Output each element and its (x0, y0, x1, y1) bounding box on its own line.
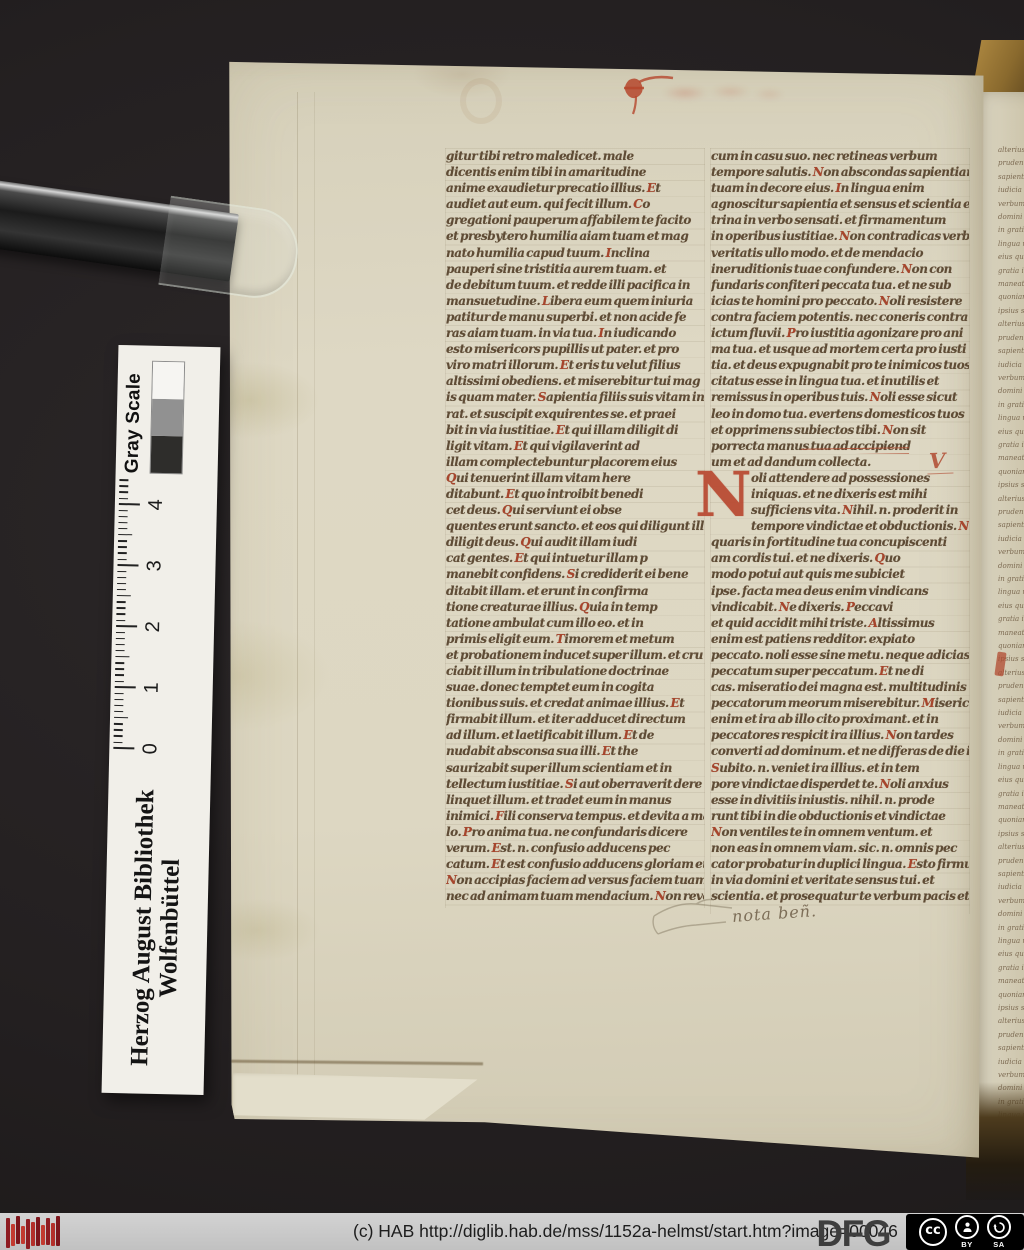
manuscript-text-line: ad illum. et laetificabit illum. Et de (446, 727, 704, 743)
manuscript-text-line: scientia. et prosequatur te verbum pacis… (711, 888, 969, 904)
manuscript-text-line: quentes erunt sancto. et eos qui diligun… (446, 518, 704, 534)
manuscript-text-line: Non ventiles te in omnem ventum. et (711, 824, 969, 840)
manuscript-text-line: ictum fluvii. Pro iustitia agonizare pro… (711, 325, 969, 341)
manuscript-text-line: tuam in decore eius. In lingua enim (711, 180, 969, 196)
manuscript-text-line: tione creaturae illius. Quia in temp (446, 599, 704, 615)
manuscript-text-line: firmabit illum. et iter adducet directum (446, 711, 704, 727)
manuscript-text-line: ditabunt. Et quo introibit benedi (446, 486, 704, 502)
manuscript-text-line: leo in domo tua. evertens domesticos tuo… (711, 406, 969, 422)
next-page-text: alterius iudiciaprudentiam verbumsapient… (998, 144, 1024, 1122)
manuscript-text-line: in via domini et veritate sensus tui. et (711, 872, 969, 888)
cc-sa-icon (987, 1215, 1011, 1239)
manuscript-text-line: manebit confidens. Si crediderit ei bene (446, 566, 704, 582)
manuscript-text-line: fundaris confiteri peccata tua. et ne su… (711, 277, 969, 293)
manuscript-text-line: primis eligit eum. Timorem et metum (446, 631, 704, 647)
manuscript-text-line: rat. et suscipit exquirentes se. et prae… (446, 406, 704, 422)
manuscript-text-line: ineruditionis tuae confundere. Non con (711, 261, 969, 277)
institution-name: Herzog August Bibliothek Wolfenbüttel (102, 761, 212, 1095)
grayscale-card-content: Herzog August Bibliothek Wolfenbüttel 01… (102, 345, 221, 1095)
manuscript-text-line: ipse. facta mea deus enim vindicans (711, 583, 969, 599)
manuscript-text-line: citatus esse in lingua tua. et inutilis … (711, 373, 969, 389)
manuscript-text-line: et opprimens subiectos tibi. Non sit (711, 422, 969, 438)
manuscript-text-line: ma tua. et usque ad mortem certa pro ius… (711, 341, 969, 357)
manuscript-text-line: Subito. n. veniet ira illius. et in tem (711, 760, 969, 776)
manuscript-text-line: bit in via iustitiae. Et qui illam dilig… (446, 422, 704, 438)
manuscript-text-line: non eas in omnem viam. sic. n. omnis pec (711, 840, 969, 856)
manuscript-text-line: illam complectebuntur placorem eius (446, 454, 704, 470)
manuscript-text-line: is quam mater. Sapientia filiis suis vit… (446, 389, 704, 405)
text-column-right: cum in casu suo. nec retineas verbumtemp… (710, 148, 970, 914)
text-column-left: gitur tibi retro maledicet. maledicentis… (445, 148, 705, 908)
ruler-number: 1 (141, 682, 164, 694)
ruler-number: 2 (142, 621, 165, 633)
cc-sa-item: SA (987, 1215, 1011, 1249)
manuscript-text-line: cator probatur in duplici lingua. Esto f… (711, 856, 969, 872)
color-calibration-strip (6, 1216, 60, 1249)
manuscript-text-line: cet deus. Qui serviunt ei obse (446, 502, 704, 518)
manuscript-text-line: veritatis ullo modo. et de mendacio (711, 245, 969, 261)
manuscript-text-line: ligit vitam. Et qui vigilaverint ad (446, 438, 704, 454)
manuscript-text-line: saurizabit super illum scientiam et in (446, 760, 704, 776)
grayscale-card: Herzog August Bibliothek Wolfenbüttel 01… (102, 345, 221, 1095)
manuscript-text-line: pore vindictae disperdet te. Noli anxius (711, 776, 969, 792)
manicule-icon (650, 888, 738, 951)
grayscale-patch-group: Gray Scale (116, 345, 221, 475)
manuscript-text-line: tatione ambulat cum illo eo. et in (446, 615, 704, 631)
cc-by-item: BY (955, 1215, 979, 1249)
ruler-number: 4 (145, 499, 168, 511)
manuscript-text-line: gitur tibi retro maledicet. male (446, 148, 704, 164)
manuscript-text-line: tia. et deus expugnabit pro te inimicos … (711, 357, 969, 373)
ruler-number: 3 (143, 560, 166, 572)
cc-sa-label: SA (993, 1240, 1004, 1249)
rubric-flourish: V (927, 448, 954, 475)
manuscript-text-line: cum in casu suo. nec retineas verbum (711, 148, 969, 164)
manuscript-text-line: de debitum tuum. et redde illi pacifica … (446, 277, 704, 293)
footer-bar: (c) HAB http://diglib.hab.de/mss/1152a-h… (0, 1213, 1024, 1250)
manuscript-text-line: enim est patiens redditor. expiato (711, 631, 969, 647)
manuscript-text-line: peccatum super peccatum. Et ne di (711, 663, 969, 679)
manuscript-text-line: converti ad dominum. et ne differas de d… (711, 743, 969, 759)
manuscript-text-line: vindicabit. Ne dixeris. Peccavi (711, 599, 969, 615)
manuscript-text-line: mansuetudine. Libera eum quem iniuria (446, 293, 704, 309)
manuscript-text-line: et quid accidit mihi triste. Altissimus (711, 615, 969, 631)
manuscript-text-line: quaris in fortitudine tua concupiscenti (711, 534, 969, 550)
manuscript-text-line: gregationi pauperum affabilem te facito (446, 212, 704, 228)
manuscript-text-line: peccato. noli esse sine metu. neque adic… (711, 647, 969, 663)
manuscript-text-line: verum. Est. n. confusio adducens pec (446, 840, 704, 856)
rubric-initial: N (695, 462, 752, 528)
manuscript-text-line: esto misericors pupillis ut pater. et pr… (446, 341, 704, 357)
manuscript-text-line: peccatorum meorum miserebitur. Misericor… (711, 695, 969, 711)
cc-by-icon (955, 1215, 979, 1239)
cc-by-label: BY (961, 1240, 972, 1249)
corner-crease (231, 1060, 483, 1066)
manuscript-text-line: viro matri illorum. Et eris tu velut fil… (446, 357, 704, 373)
manuscript-text-line: am cordis tui. et ne dixeris. Quo (711, 550, 969, 566)
grayscale-label: Gray Scale (122, 345, 147, 473)
manuscript-text-line: ditabit illam. et erunt in confirma (446, 583, 704, 599)
manuscript-text-line: modo potui aut quis me subiciet (711, 566, 969, 582)
manuscript-text-line: contra faciem potentis. nec coneris cont… (711, 309, 969, 325)
manuscript-text-line: ras aiam tuam. in via tua. In iudicando (446, 325, 704, 341)
manuscript-text-line: diligit deus. Qui audit illam iudi (446, 534, 704, 550)
ruler-number: 0 (139, 743, 162, 755)
manuscript-text-line: lo. Pro anima tua. ne confundaris dicere (446, 824, 704, 840)
manuscript-text-line: catum. Et est confusio adducens gloriam … (446, 856, 704, 872)
manuscript-text-line: tempore salutis. Non abscondas sapientia… (711, 164, 969, 180)
manuscript-page: gitur tibi retro maledicet. maledicentis… (227, 58, 985, 1162)
manuscript-text-line: tionibus suis. et credat animae illius. … (446, 695, 704, 711)
clip-acrylic-tip (158, 196, 303, 304)
manuscript-text-line: agnoscitur sapientia et sensus et scient… (711, 196, 969, 212)
manuscript-text-line: suae. donec temptet eum in cogita (446, 679, 704, 695)
manuscript-text-line: nudabit absconsa sua illi. Et the (446, 743, 704, 759)
manuscript-text-line: trina in verbo sensati. et firmamentum (711, 212, 969, 228)
cc-icon: cc (919, 1218, 947, 1246)
ink-stain (460, 78, 502, 124)
manuscript-text-line: cas. miseratio dei magna est. multitudin… (711, 679, 969, 695)
manuscript-text-line: nato humilia capud tuum. Inclina (446, 245, 704, 261)
photo-stage: alterius iudiciaprudentiam verbumsapient… (0, 0, 1024, 1250)
manuscript-text-line: Qui tenuerint illam vitam here (446, 470, 704, 486)
manuscript-text-line: peccatores respicit ira illius. Non tard… (711, 727, 969, 743)
dfg-logo: DFG (816, 1213, 890, 1250)
manuscript-text-line: et presbytero humilia aiam tuam et mag (446, 228, 704, 244)
cc-license-badge: cc BY SA (906, 1214, 1024, 1250)
ruler: 01234 (109, 473, 218, 763)
folded-corner (233, 1066, 485, 1122)
manuscript-text-line: esse in divitiis iniustis. nihil. n. pro… (711, 792, 969, 808)
manuscript-text-line: Non accipias faciem ad versus faciem tua… (446, 872, 704, 888)
manuscript-text-line: et probationem inducet super illum. et c… (446, 647, 704, 663)
manuscript-text-line: in operibus iustitiae. Non contradicas v… (711, 228, 969, 244)
ruler-ticks: 01234 (109, 473, 116, 761)
manuscript-text-line: patitur de manu superbi. et non acide fe (446, 309, 704, 325)
manuscript-text-line: icias te homini pro peccato. Noli resist… (711, 293, 969, 309)
manuscript-text-line: ciabit illum in tribulatione doctrinae (446, 663, 704, 679)
manuscript-text-line: altissimi obediens. et miserebitur tui m… (446, 373, 704, 389)
manuscript-text-line: audiet aut eum. qui fecit illum. Co (446, 196, 704, 212)
manuscript-text-line: dicentis enim tibi in amaritudine (446, 164, 704, 180)
manuscript-text-line: enim et ira ab illo cito proximant. et i… (711, 711, 969, 727)
manuscript-text-line: tellectum iustitiae. Si aut oberraverit … (446, 776, 704, 792)
manuscript-text-line: anime exaudietur precatio illius. Et (446, 180, 704, 196)
manuscript-text-line: linquet illum. et tradet eum in manus (446, 792, 704, 808)
manuscript-text-line: pauperi sine tristitia aurem tuam. et (446, 261, 704, 277)
grayscale-patches (150, 361, 186, 475)
quire-mark-icon (619, 72, 679, 118)
manuscript-text-line: remissus in operibus tuis. Noli esse sic… (711, 389, 969, 405)
manuscript-text-line: cat gentes. Et qui intuetur illam p (446, 550, 704, 566)
manuscript-text-line: runt tibi in die obductionis et vindicta… (711, 808, 969, 824)
manuscript-text-line: inimici. Fili conserva tempus. et devita… (446, 808, 704, 824)
